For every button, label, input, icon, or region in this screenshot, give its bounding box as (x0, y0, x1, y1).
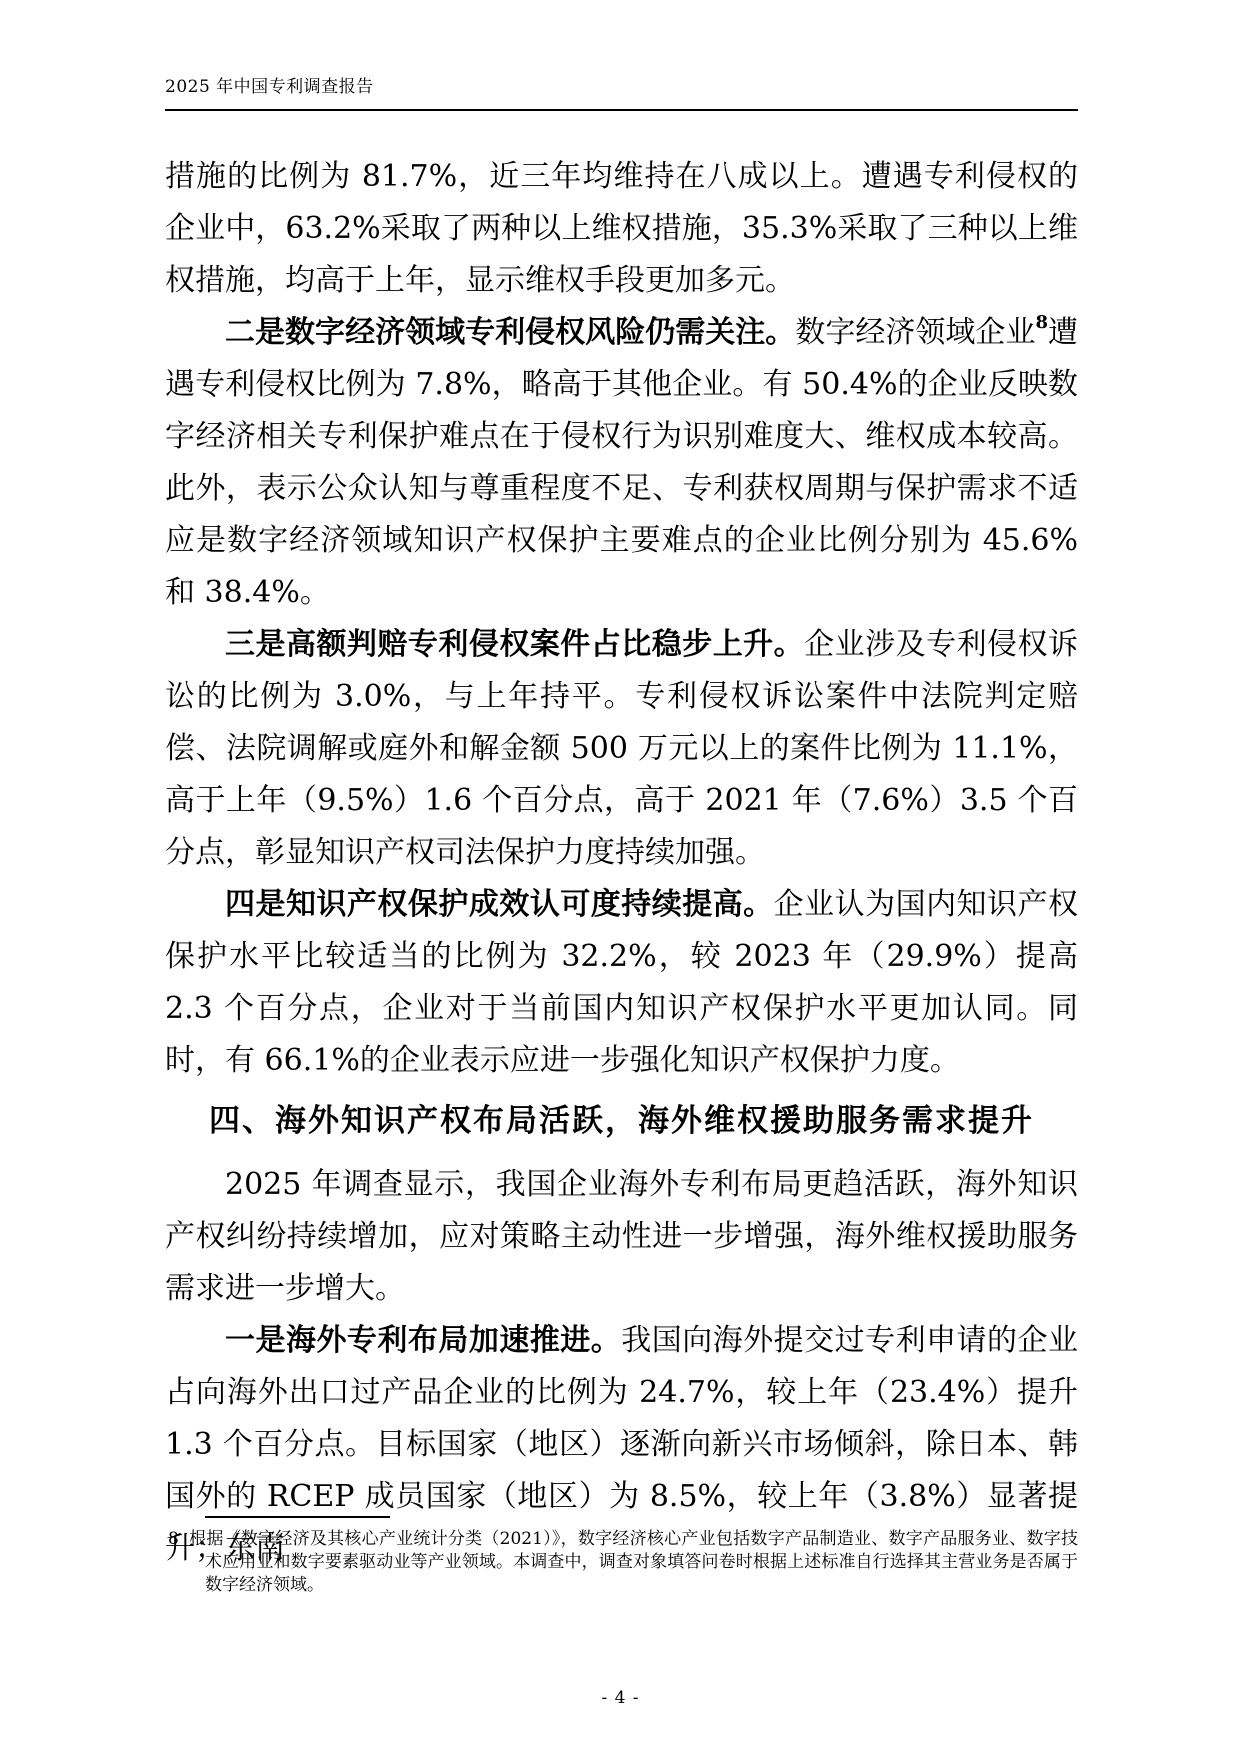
paragraph-lead: 四是知识产权保护成效认可度持续提高。 (225, 887, 774, 922)
section-heading-four: 四、海外知识产权布局活跃，海外维权援助服务需求提升 (165, 1097, 1078, 1145)
footnote-separator (205, 1516, 390, 1518)
paragraph-lead: 一是海外专利布局加速推进。 (225, 1323, 621, 1358)
paragraph-text: 遭遇专利侵权比例为 7.8%，略高于其他企业。有 50.4%的企业反映数字经济相… (165, 315, 1078, 610)
paragraph-continuation: 措施的比例为 81.7%，近三年均维持在八成以上。遭遇专利侵权的企业中，63.2… (165, 151, 1078, 307)
paragraph-point-three: 三是高额判赔专利侵权案件占比稳步上升。企业涉及专利侵权诉讼的比例为 3.0%，与… (165, 619, 1078, 879)
footnote-text: 根据《数字经济及其核心产业统计分类（2021）》，数字经济核心产业包括数字产品制… (189, 1529, 1078, 1595)
running-header: 2025 年中国专利调查报告 (165, 78, 1078, 111)
footnote-8: 8根据《数字经济及其核心产业统计分类（2021）》，数字经济核心产业包括数字产品… (165, 1528, 1078, 1597)
footnote-reference-8: 8 (1035, 312, 1048, 333)
footnote-marker: 8 (168, 1529, 179, 1549)
paragraph-lead: 三是高额判赔专利侵权案件占比稳步上升。 (225, 627, 804, 662)
footnote-area: 8根据《数字经济及其核心产业统计分类（2021）》，数字经济核心产业包括数字产品… (165, 1516, 1078, 1597)
paragraph-text: 企业涉及专利侵权诉讼的比例为 3.0%，与上年持平。专利侵权诉讼案件中法院判定赔… (165, 627, 1078, 870)
report-title: 2025 年中国专利调查报告 (165, 77, 374, 97)
document-body: 措施的比例为 81.7%，近三年均维持在八成以上。遭遇专利侵权的企业中，63.2… (165, 151, 1078, 1575)
paragraph-overview: 2025 年调查显示，我国企业海外专利布局更趋活跃，海外知识产权纠纷持续增加，应… (165, 1159, 1078, 1315)
document-page: 2025 年中国专利调查报告 措施的比例为 81.7%，近三年均维持在八成以上。… (0, 0, 1241, 1754)
paragraph-lead: 二是数字经济领域专利侵权风险仍需关注。 (225, 315, 795, 350)
paragraph-point-four: 四是知识产权保护成效认可度持续提高。企业认为国内知识产权保护水平比较适当的比例为… (165, 879, 1078, 1087)
paragraph-text: 数字经济领域企业 (795, 315, 1035, 350)
paragraph-text: 2025 年调查显示，我国企业海外专利布局更趋活跃，海外知识产权纠纷持续增加，应… (165, 1167, 1078, 1306)
paragraph-text: 措施的比例为 81.7%，近三年均维持在八成以上。遭遇专利侵权的企业中，63.2… (165, 159, 1078, 298)
page-number: - 4 - (0, 1688, 1241, 1708)
paragraph-point-two: 二是数字经济领域专利侵权风险仍需关注。数字经济领域企业8遭遇专利侵权比例为 7.… (165, 307, 1078, 619)
